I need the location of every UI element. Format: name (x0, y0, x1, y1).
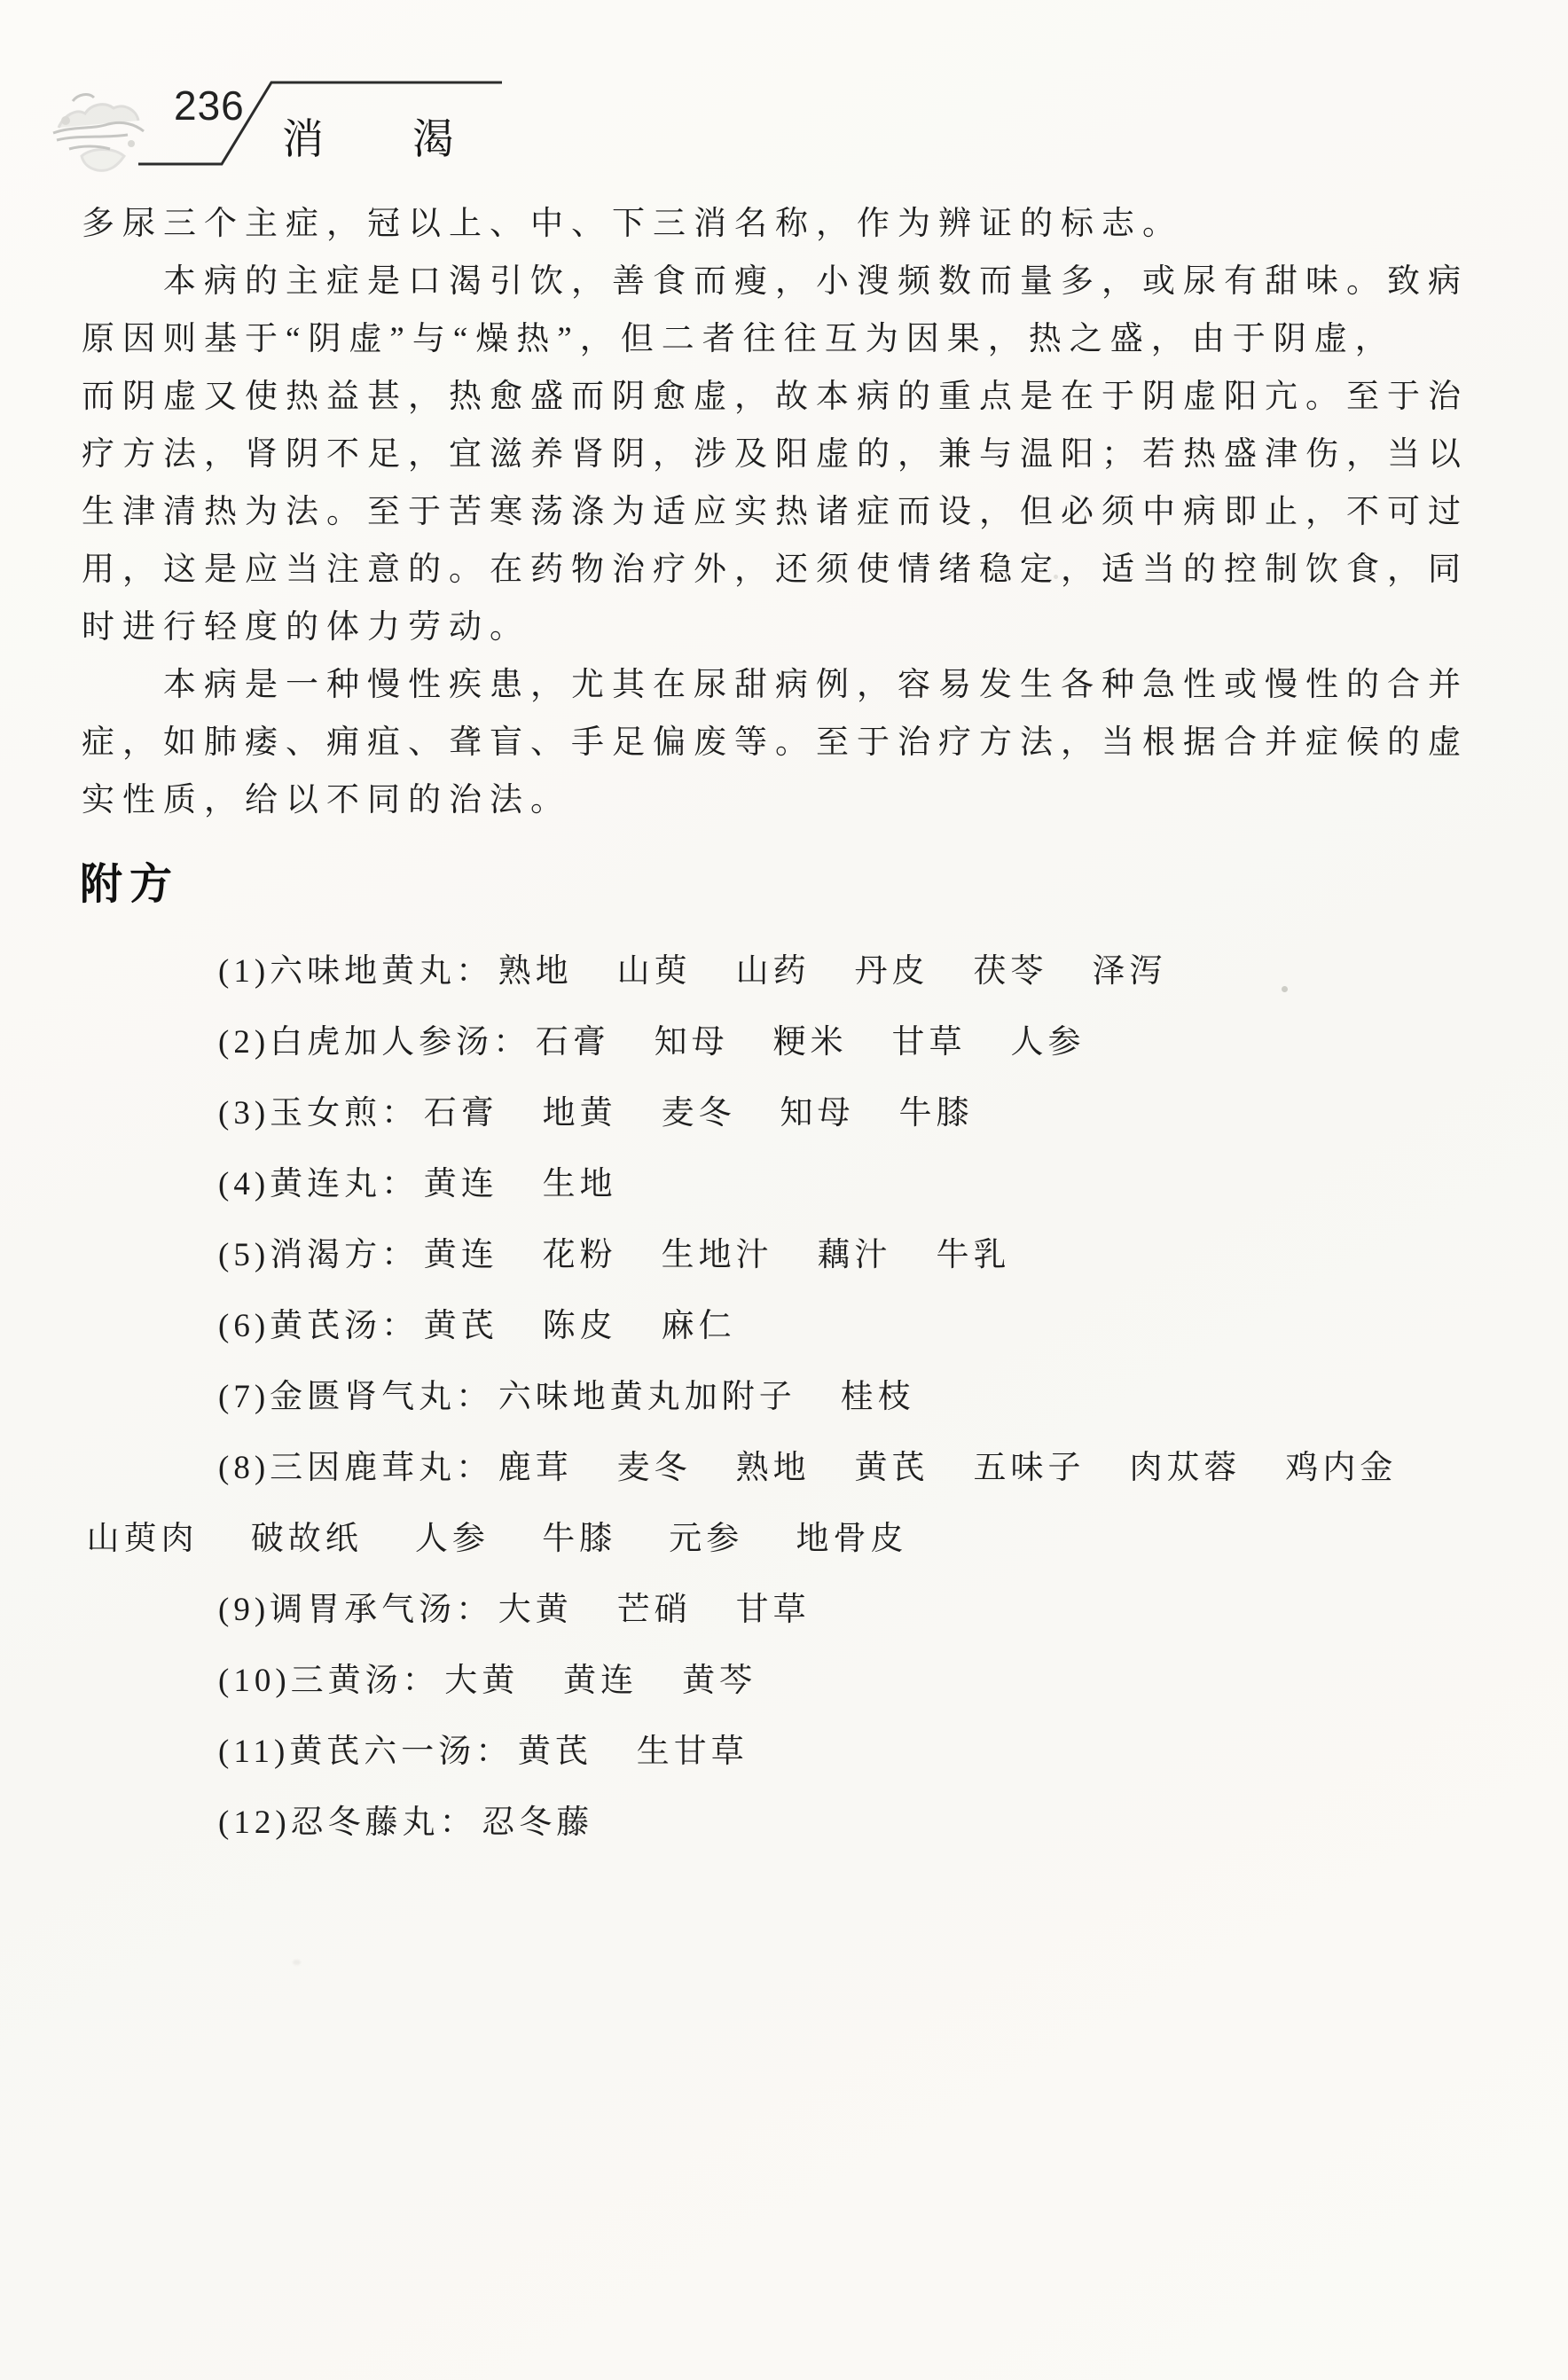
formula-line: (4)黄连丸：黄连生地 (82, 1149, 1554, 1220)
formula-name: 调胃承气汤： (270, 1592, 493, 1628)
formula-ingredients: 黄连花粉生地汁藕汁牛乳 (424, 1237, 1011, 1273)
ingredient: 生地汁 (662, 1237, 773, 1273)
ingredient: 甘草 (736, 1592, 811, 1628)
formula-number: (5) (218, 1237, 270, 1273)
ingredient: 牛膝 (542, 1521, 616, 1557)
ingredient: 鹿茸 (498, 1450, 573, 1486)
formula-number: (1) (218, 953, 270, 990)
ingredient: 藕汁 (818, 1237, 892, 1273)
ingredient: 黄芩 (682, 1663, 757, 1699)
ingredient: 麻仁 (662, 1308, 736, 1344)
ingredient: 麦冬 (662, 1095, 736, 1131)
ingredient: 生地 (543, 1166, 617, 1202)
formula-name: 忍冬藤丸： (291, 1805, 477, 1841)
ingredient: 花粉 (543, 1237, 617, 1273)
ingredient: 芒硝 (617, 1592, 692, 1628)
formula-ingredients: 大黄黄连黄芩 (444, 1663, 757, 1699)
ingredient: 五味子 (973, 1450, 1085, 1486)
body-line: 而阴虚又使热益甚，热愈盛而阴愈虚，故本病的重点是在于阴虚阳亢。至于治 (82, 368, 1536, 426)
ingredient: 地黄 (543, 1095, 617, 1131)
formula-line: (2)白虎加人参汤：石膏知母粳米甘草人参 (82, 1007, 1554, 1078)
ingredient: 大黄 (498, 1592, 573, 1628)
formula-ingredients: 鹿茸麦冬熟地黄芪五味子肉苁蓉鸡内金 (498, 1450, 1398, 1486)
formula-line: (9)调胃承气汤：大黄芒硝甘草 (82, 1575, 1554, 1646)
ingredient: 鸡内金 (1285, 1450, 1397, 1486)
ingredient: 忍冬藤 (482, 1805, 593, 1841)
body-line: 生津清热为法。至于苦寒荡涤为适应实热诸症而设，但必须中病即止，不可过 (82, 483, 1536, 541)
ingredient: 熟地 (736, 1450, 811, 1486)
body-line: 实性质，给以不同的治法。 (82, 771, 1536, 829)
book-page: 236 消 渴 多尿三个主症，冠以上、中、下三消名称，作为辨证的标志。 本病的主… (0, 0, 1568, 2380)
ingredient: 山药 (736, 953, 811, 990)
ingredient: 牛膝 (898, 1095, 973, 1131)
body-line: 用，这是应当注意的。在药物治疗外，还须使情绪稳定，适当的控制饮食，同 (82, 541, 1536, 599)
formula-ingredients: 黄芪陈皮麻仁 (424, 1308, 736, 1344)
ingredient: 肉苁蓉 (1129, 1450, 1241, 1486)
ingredient: 丹皮 (855, 953, 929, 990)
formula-number: (9) (218, 1592, 270, 1628)
formula-name: 玉女煎： (270, 1095, 419, 1131)
scan-speck (1282, 986, 1288, 992)
formula-name: 消渴方： (270, 1237, 419, 1273)
ingredient: 破故纸 (251, 1521, 363, 1557)
formula-number: (7) (218, 1379, 270, 1415)
formula-line: (11)黄芪六一汤：黄芪生甘草 (82, 1717, 1554, 1788)
formula-name: 白虎加人参汤： (270, 1024, 530, 1061)
page-body: 多尿三个主症，冠以上、中、下三消名称，作为辨证的标志。 本病的主症是口渴引饮，善… (82, 195, 1536, 829)
ingredient: 桂枝 (841, 1379, 915, 1415)
formula-line: (7)金匮肾气丸：六味地黄丸加附子桂枝 (82, 1362, 1554, 1433)
formula-number: (3) (218, 1095, 270, 1131)
scan-speck (1054, 575, 1058, 579)
ingredient: 麦冬 (617, 1450, 692, 1486)
formula-line-continuation: 山萸肉破故纸人参牛膝元参地骨皮 (82, 1504, 1554, 1575)
formula-line: (5)消渴方：黄连花粉生地汁藕汁牛乳 (82, 1220, 1554, 1291)
formula-number: (6) (218, 1308, 270, 1344)
formula-line: (1)六味地黄丸：熟地山萸山药丹皮茯苓泽泻 (82, 936, 1554, 1007)
ingredient: 陈皮 (543, 1308, 617, 1344)
body-line: 疗方法，肾阴不足，宜滋养肾阴，涉及阳虚的，兼与温阳；若热盛津伤，当以 (82, 426, 1536, 483)
formula-number: (10) (218, 1663, 291, 1699)
formula-name: 六味地黄丸： (270, 953, 493, 990)
ingredient: 大黄 (444, 1663, 519, 1699)
ingredient: 山萸肉 (87, 1521, 199, 1557)
formula-ingredients: 石膏地黄麦冬知母牛膝 (424, 1095, 974, 1131)
ingredient: 黄芪 (424, 1308, 498, 1344)
formula-line: (8)三因鹿茸丸：鹿茸麦冬熟地黄芪五味子肉苁蓉鸡内金 (82, 1433, 1554, 1504)
ingredient: 黄芪 (855, 1450, 929, 1486)
ingredient: 黄连 (424, 1166, 498, 1202)
scan-speck (293, 1960, 301, 1965)
formula-line: (3)玉女煎：石膏地黄麦冬知母牛膝 (82, 1078, 1554, 1149)
formula-name: 黄连丸： (270, 1166, 419, 1202)
formula-number: (11) (218, 1734, 289, 1770)
ingredient: 茯苓 (973, 953, 1047, 990)
ingredient: 元参 (669, 1521, 743, 1557)
ingredient: 牛乳 (936, 1237, 1010, 1273)
ingredient: 生甘草 (637, 1734, 749, 1770)
formula-ingredients: 忍冬藤 (482, 1805, 593, 1841)
formula-ingredients: 黄芪生甘草 (518, 1734, 749, 1770)
formula-line: (6)黄芪汤：黄芪陈皮麻仁 (82, 1291, 1554, 1362)
ingredient: 地骨皮 (796, 1521, 907, 1557)
formula-name: 三黄汤： (291, 1663, 440, 1699)
ingredient: 熟地 (498, 953, 573, 990)
formula-line: (10)三黄汤：大黄黄连黄芩 (82, 1646, 1554, 1717)
formula-number: (2) (218, 1024, 270, 1061)
body-line: 本病的主症是口渴引饮，善食而瘦，小溲频数而量多，或尿有甜味。致病 (82, 253, 1536, 310)
formula-number: (12) (218, 1805, 291, 1841)
formula-line: (12)忍冬藤丸：忍冬藤 (82, 1788, 1554, 1859)
ingredient: 人参 (415, 1521, 490, 1557)
ingredient: 石膏 (424, 1095, 498, 1131)
formula-ingredients: 石膏知母粳米甘草人参 (536, 1024, 1086, 1061)
formula-ingredients: 山萸肉破故纸人参牛膝元参地骨皮 (87, 1521, 908, 1557)
ingredient: 石膏 (536, 1024, 610, 1061)
body-line: 时进行轻度的体力劳动。 (82, 599, 1536, 656)
body-line: 多尿三个主症，冠以上、中、下三消名称，作为辨证的标志。 (82, 195, 1536, 253)
body-line: 症，如肺痿、痈疽、聋盲、手足偏废等。至于治疗方法，当根据合并症候的虚 (82, 714, 1536, 771)
formula-number: (8) (218, 1450, 270, 1486)
formula-number: (4) (218, 1166, 270, 1202)
ingredient: 人参 (1010, 1024, 1085, 1061)
ingredient: 黄芪 (518, 1734, 592, 1770)
ingredient: 知母 (655, 1024, 729, 1061)
ingredient: 山萸 (617, 953, 692, 990)
ingredient: 黄连 (563, 1663, 638, 1699)
formula-name: 三因鹿茸丸： (270, 1450, 493, 1486)
section-heading: 附方 (80, 849, 179, 911)
ingredient: 黄连 (424, 1237, 498, 1273)
ingredient: 六味地黄丸加附子 (498, 1379, 796, 1415)
formula-ingredients: 大黄芒硝甘草 (498, 1592, 811, 1628)
ingredient: 甘草 (892, 1024, 967, 1061)
formula-list: (1)六味地黄丸：熟地山萸山药丹皮茯苓泽泻 (2)白虎加人参汤：石膏知母粳米甘草… (82, 936, 1554, 1859)
formula-ingredients: 六味地黄丸加附子桂枝 (498, 1379, 915, 1415)
ingredient: 泽泻 (1092, 953, 1166, 990)
ingredient: 粳米 (773, 1024, 848, 1061)
chapter-title: 消 渴 (282, 106, 456, 166)
body-line: 本病是一种慢性疾患，尤其在尿甜病例，容易发生各种急性或慢性的合并 (82, 656, 1536, 714)
body-line: 原因则基于“阴虚”与“燥热”，但二者往往互为因果，热之盛，由于阴虚， (82, 310, 1536, 368)
ingredient: 知母 (780, 1095, 855, 1131)
formula-name: 黄芪六一汤： (289, 1734, 513, 1770)
formula-name: 黄芪汤： (270, 1308, 419, 1344)
formula-ingredients: 熟地山萸山药丹皮茯苓泽泻 (498, 953, 1167, 990)
formula-name: 金匮肾气丸： (270, 1379, 493, 1415)
formula-ingredients: 黄连生地 (424, 1166, 617, 1202)
